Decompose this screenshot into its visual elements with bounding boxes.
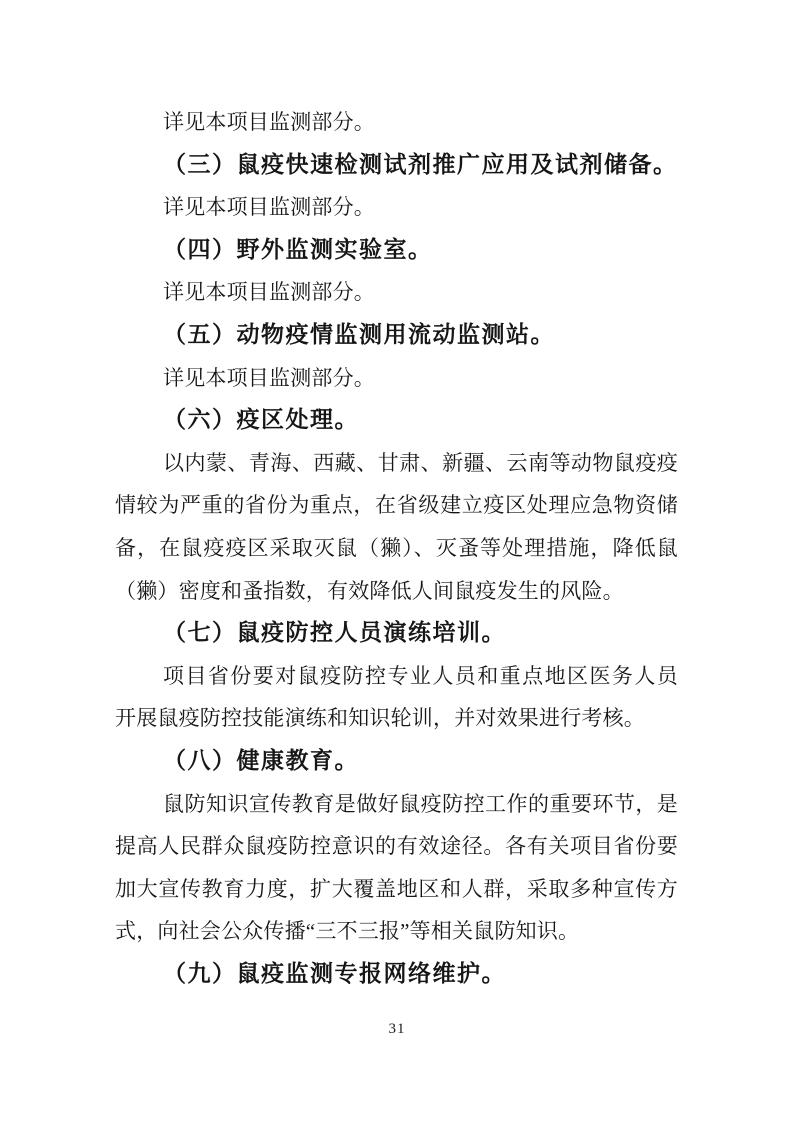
text-line: 开展鼠疫防控技能演练和知识轮训，并对效果进行考核。 xyxy=(115,697,678,740)
text-line: 详见本项目监测部分。 xyxy=(115,271,678,314)
text-line: 鼠防知识宣传教育是做好鼠疫防控工作的重要环节，是 xyxy=(115,783,678,826)
paragraph: 详见本项目监测部分。 xyxy=(115,186,678,229)
text-line: 详见本项目监测部分。 xyxy=(115,186,678,229)
section-heading: （四）野外监测实验室。 xyxy=(115,229,678,272)
section-heading: （六）疫区处理。 xyxy=(115,399,678,442)
text-line: （獭）密度和蚤指数，有效降低人间鼠疫发生的风险。 xyxy=(115,570,678,613)
text-line: 加大宣传教育力度，扩大覆盖地区和人群，采取多种宣传方 xyxy=(115,868,678,911)
text-line: 情较为严重的省份为重点，在省级建立疫区处理应急物资储 xyxy=(115,484,678,527)
section-heading: （三）鼠疫快速检测试剂推广应用及试剂储备。 xyxy=(115,144,678,187)
text-line: 项目省份要对鼠疫防控专业人员和重点地区医务人员 xyxy=(115,655,678,698)
text-line: （七）鼠疫防控人员演练培训。 xyxy=(115,612,678,655)
text-line: （八）健康教育。 xyxy=(115,740,678,783)
paragraph: 以内蒙、青海、西藏、甘肃、新疆、云南等动物鼠疫疫 情较为严重的省份为重点，在省级… xyxy=(115,442,678,612)
paragraph: 详见本项目监测部分。 xyxy=(115,357,678,400)
text-line: 备，在鼠疫疫区采取灭鼠（獭）、灭蚤等处理措施，降低鼠 xyxy=(115,527,678,570)
text-line: （四）野外监测实验室。 xyxy=(115,229,678,272)
text-line: 以内蒙、青海、西藏、甘肃、新疆、云南等动物鼠疫疫 xyxy=(115,442,678,485)
section-heading: （八）健康教育。 xyxy=(115,740,678,783)
text-line: （九）鼠疫监测专报网络维护。 xyxy=(115,953,678,996)
text-line: 提高人民群众鼠疫防控意识的有效途径。各有关项目省份要 xyxy=(115,825,678,868)
paragraph: 详见本项目监测部分。 xyxy=(115,271,678,314)
text-line: 详见本项目监测部分。 xyxy=(115,101,678,144)
text-line: （六）疫区处理。 xyxy=(115,399,678,442)
section-heading: （九）鼠疫监测专报网络维护。 xyxy=(115,953,678,996)
section-heading: （七）鼠疫防控人员演练培训。 xyxy=(115,612,678,655)
text-line: 式，向社会公众传播“三不三报”等相关鼠防知识。 xyxy=(115,910,678,953)
text-line: （三）鼠疫快速检测试剂推广应用及试剂储备。 xyxy=(115,144,678,187)
paragraph: 鼠防知识宣传教育是做好鼠疫防控工作的重要环节，是 提高人民群众鼠疫防控意识的有效… xyxy=(115,783,678,953)
document-page: 详见本项目监测部分。 （三）鼠疫快速检测试剂推广应用及试剂储备。 详见本项目监测… xyxy=(0,0,794,1122)
text-line: （五）动物疫情监测用流动监测站。 xyxy=(115,314,678,357)
page-number: 31 xyxy=(389,1021,406,1037)
section-heading: （五）动物疫情监测用流动监测站。 xyxy=(115,314,678,357)
text-line: 详见本项目监测部分。 xyxy=(115,357,678,400)
paragraph: 详见本项目监测部分。 xyxy=(115,101,678,144)
paragraph: 项目省份要对鼠疫防控专业人员和重点地区医务人员 开展鼠疫防控技能演练和知识轮训，… xyxy=(115,655,678,740)
document-body: 详见本项目监测部分。 （三）鼠疫快速检测试剂推广应用及试剂储备。 详见本项目监测… xyxy=(115,101,678,995)
page-footer: 31 xyxy=(0,1020,794,1038)
